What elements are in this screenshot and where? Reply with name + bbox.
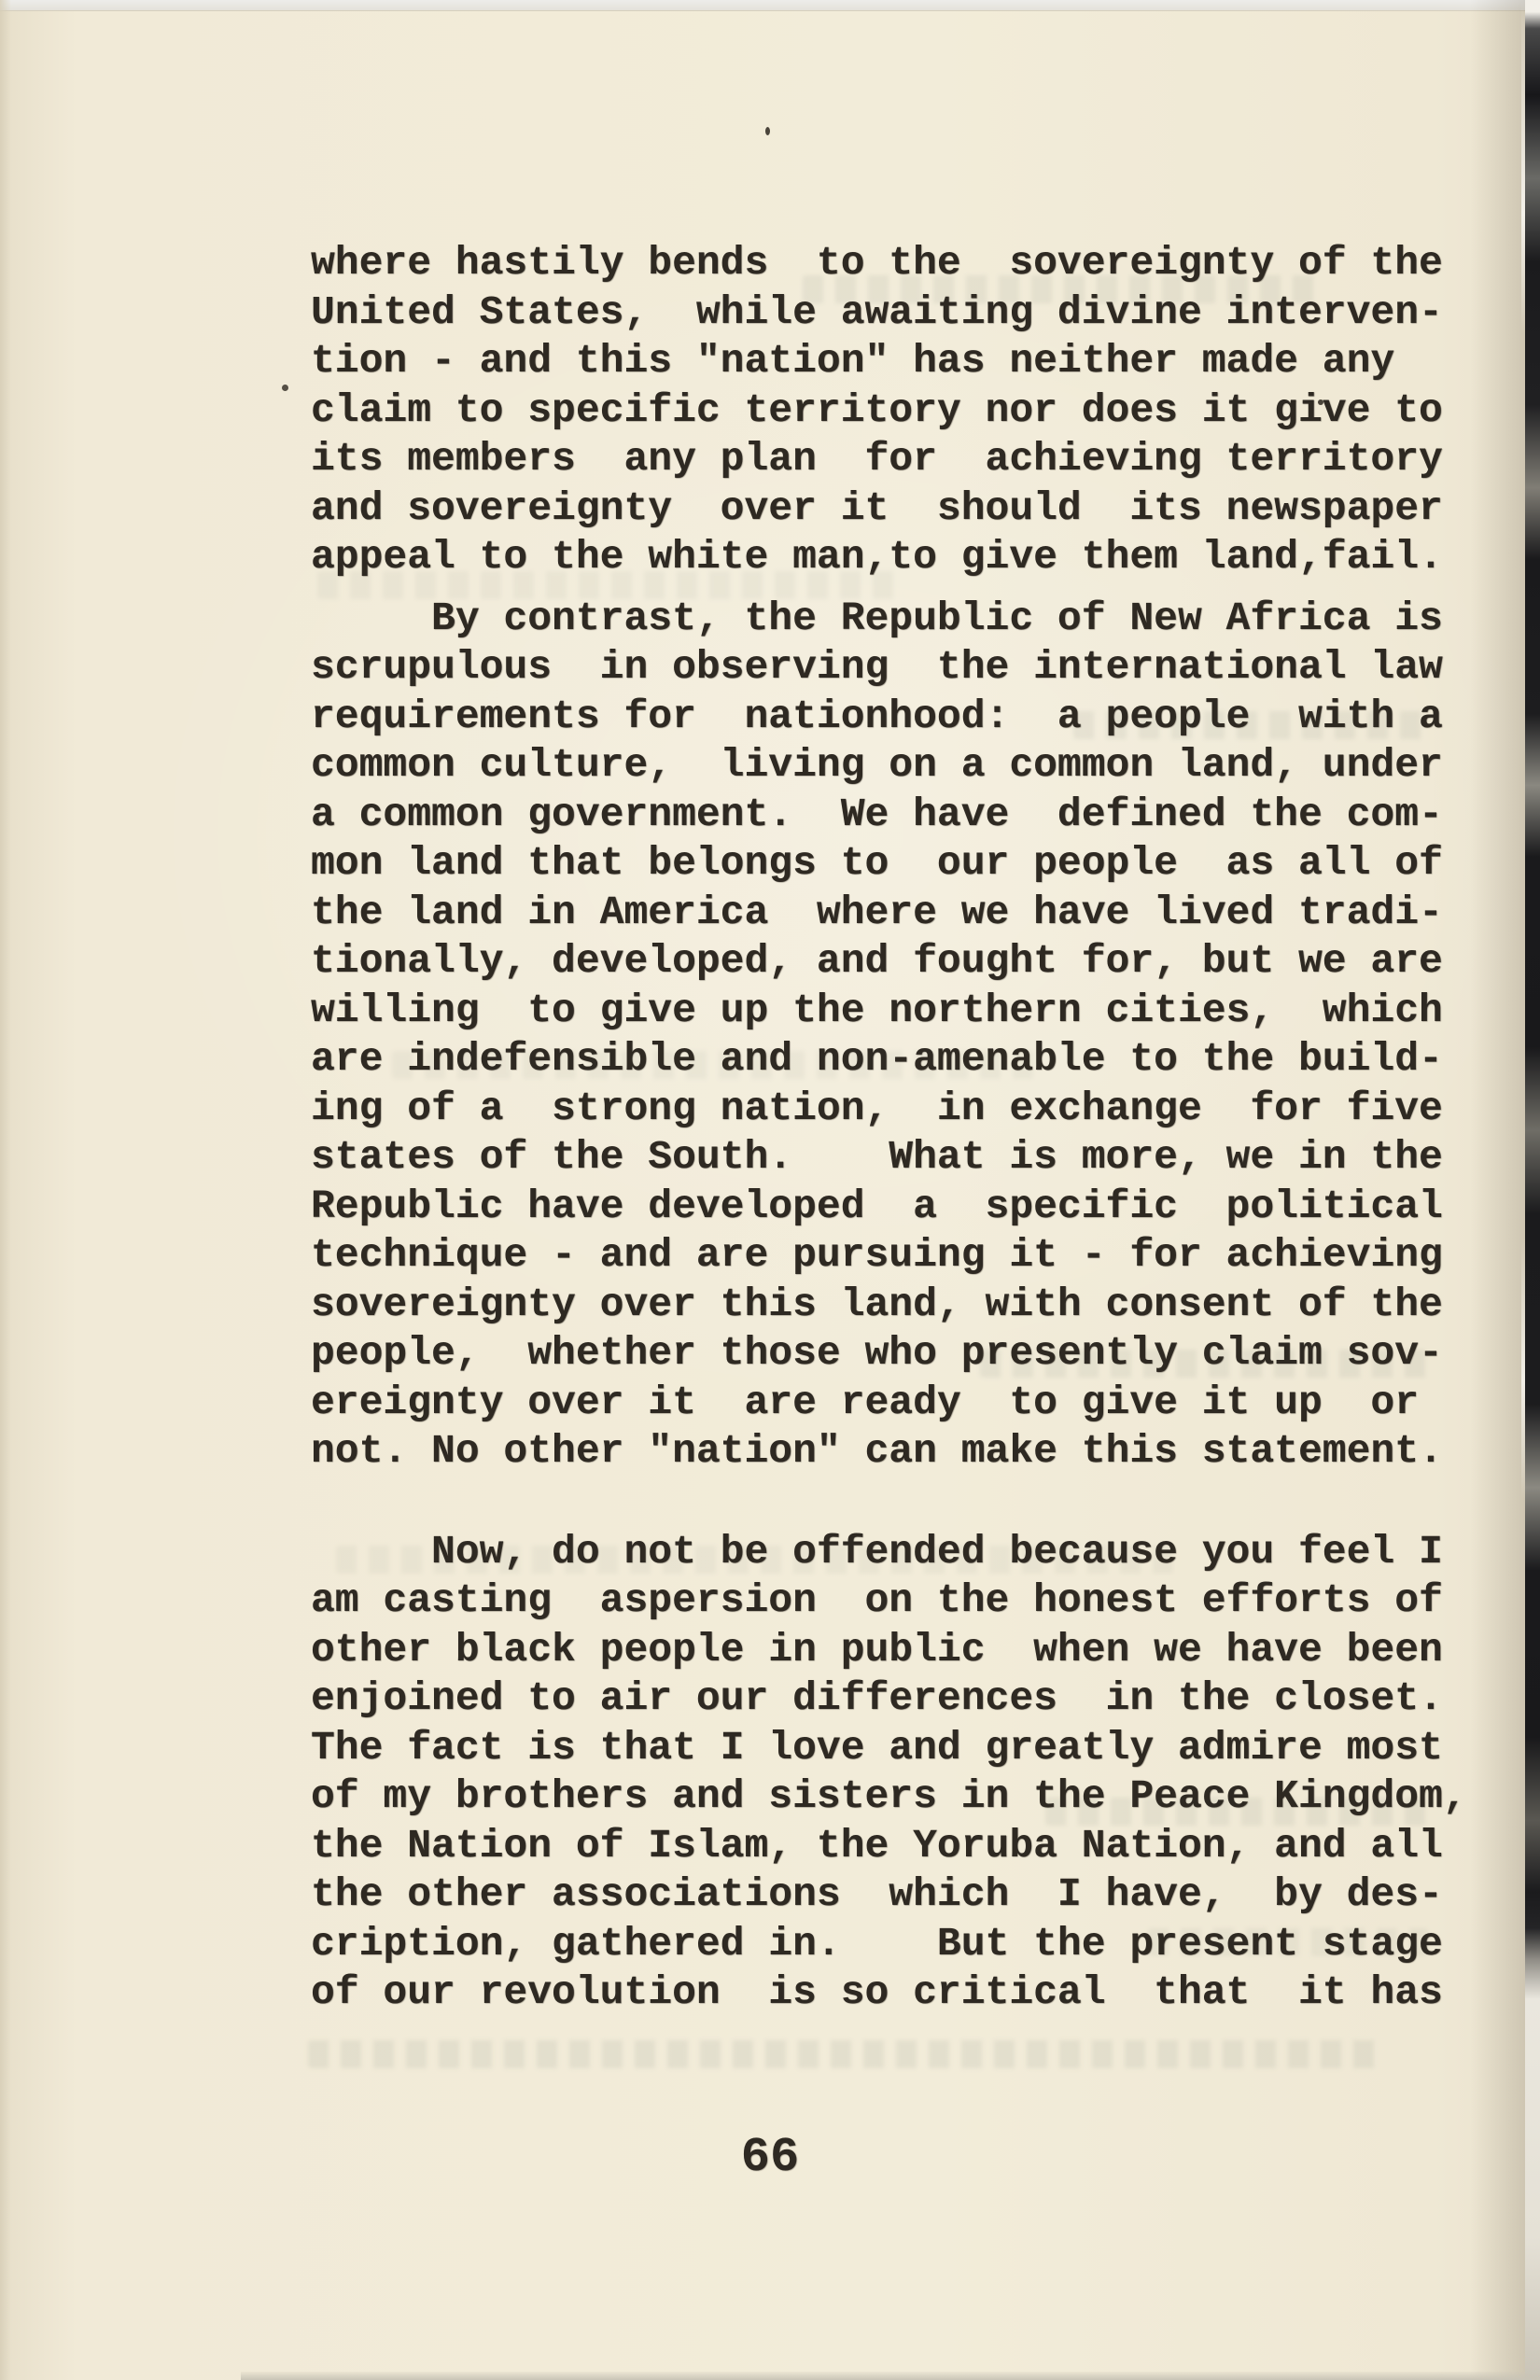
page-left-edge <box>0 0 11 2380</box>
text-line: mon land that belongs to our people as a… <box>311 839 1468 889</box>
spine-scan-band <box>1525 0 1540 2380</box>
text-line: scrupulous in observing the internationa… <box>311 643 1468 693</box>
text-line: enjoined to air our differences in the c… <box>311 1674 1468 1724</box>
text-line: Republic have developed a specific polit… <box>311 1183 1468 1232</box>
text-line: where hastily bends to the sovereignty o… <box>311 239 1468 288</box>
text-line: people, whether those who presently clai… <box>311 1329 1468 1379</box>
text-line: tion - and this "nation" has neither mad… <box>311 337 1468 386</box>
text-line: am casting aspersion on the honest effor… <box>311 1576 1468 1626</box>
text-line: United States, while awaiting divine int… <box>311 288 1468 338</box>
text-line: technique - and are pursuing it - for ac… <box>311 1231 1468 1281</box>
text-line: Now, do not be offended because you feel… <box>311 1528 1468 1577</box>
text-line: ereignty over it are ready to give it up… <box>311 1379 1468 1428</box>
scan-top-edge <box>0 0 1540 11</box>
text-line: are indefensible and non-amenable to the… <box>311 1035 1468 1085</box>
scanned-page: where hastily bends to the sovereignty o… <box>0 0 1540 2380</box>
page-bottom-edge <box>241 2372 1540 2380</box>
ink-speck <box>1318 399 1323 405</box>
text-line: ing of a strong nation, in exchange for … <box>311 1085 1468 1134</box>
text-line: of my brothers and sisters in the Peace … <box>311 1772 1468 1822</box>
text-line: sovereignty over this land, with consent… <box>311 1281 1468 1330</box>
text-line: The fact is that I love and greatly admi… <box>311 1724 1468 1773</box>
paragraph: where hastily bends to the sovereignty o… <box>311 239 1468 582</box>
text-line: appeal to the white man,to give them lan… <box>311 533 1468 582</box>
text-line: By contrast, the Republic of New Africa … <box>311 595 1468 644</box>
ink-speck <box>765 127 770 135</box>
text-line: common culture, living on a common land,… <box>311 741 1468 791</box>
typewritten-text: where hastily bends to the sovereignty o… <box>311 239 1468 2018</box>
gutter-shadow <box>1470 0 1526 2380</box>
text-line: claim to specific territory nor does it … <box>311 386 1468 436</box>
text-line: willing to give up the northern cities, … <box>311 987 1468 1036</box>
text-line: states of the South. What is more, we in… <box>311 1133 1468 1183</box>
text-line: requirements for nationhood: a people wi… <box>311 693 1468 742</box>
text-line: of our revolution is so critical that it… <box>311 1968 1468 2018</box>
text-line: not. No other "nation" can make this sta… <box>311 1427 1468 1477</box>
text-line: other black people in public when we hav… <box>311 1626 1468 1675</box>
text-line: cription, gathered in. But the present s… <box>311 1920 1468 1969</box>
page-number: 66 <box>677 2130 863 2185</box>
text-line: a common government. We have defined the… <box>311 791 1468 840</box>
text-line: the other associations which I have, by … <box>311 1870 1468 1920</box>
text-line: the land in America where we have lived … <box>311 889 1468 938</box>
paragraph: Now, do not be offended because you feel… <box>311 1528 1468 2018</box>
paragraph: By contrast, the Republic of New Africa … <box>311 595 1468 1477</box>
bleed-through-mark <box>308 2040 1381 2068</box>
text-line: its members any plan for achieving terri… <box>311 435 1468 484</box>
stray-ink-dot <box>282 385 288 391</box>
text-line: tionally, developed, and fought for, but… <box>311 937 1468 987</box>
text-line: and sovereignty over it should its newsp… <box>311 484 1468 534</box>
text-line: the Nation of Islam, the Yoruba Nation, … <box>311 1822 1468 1871</box>
